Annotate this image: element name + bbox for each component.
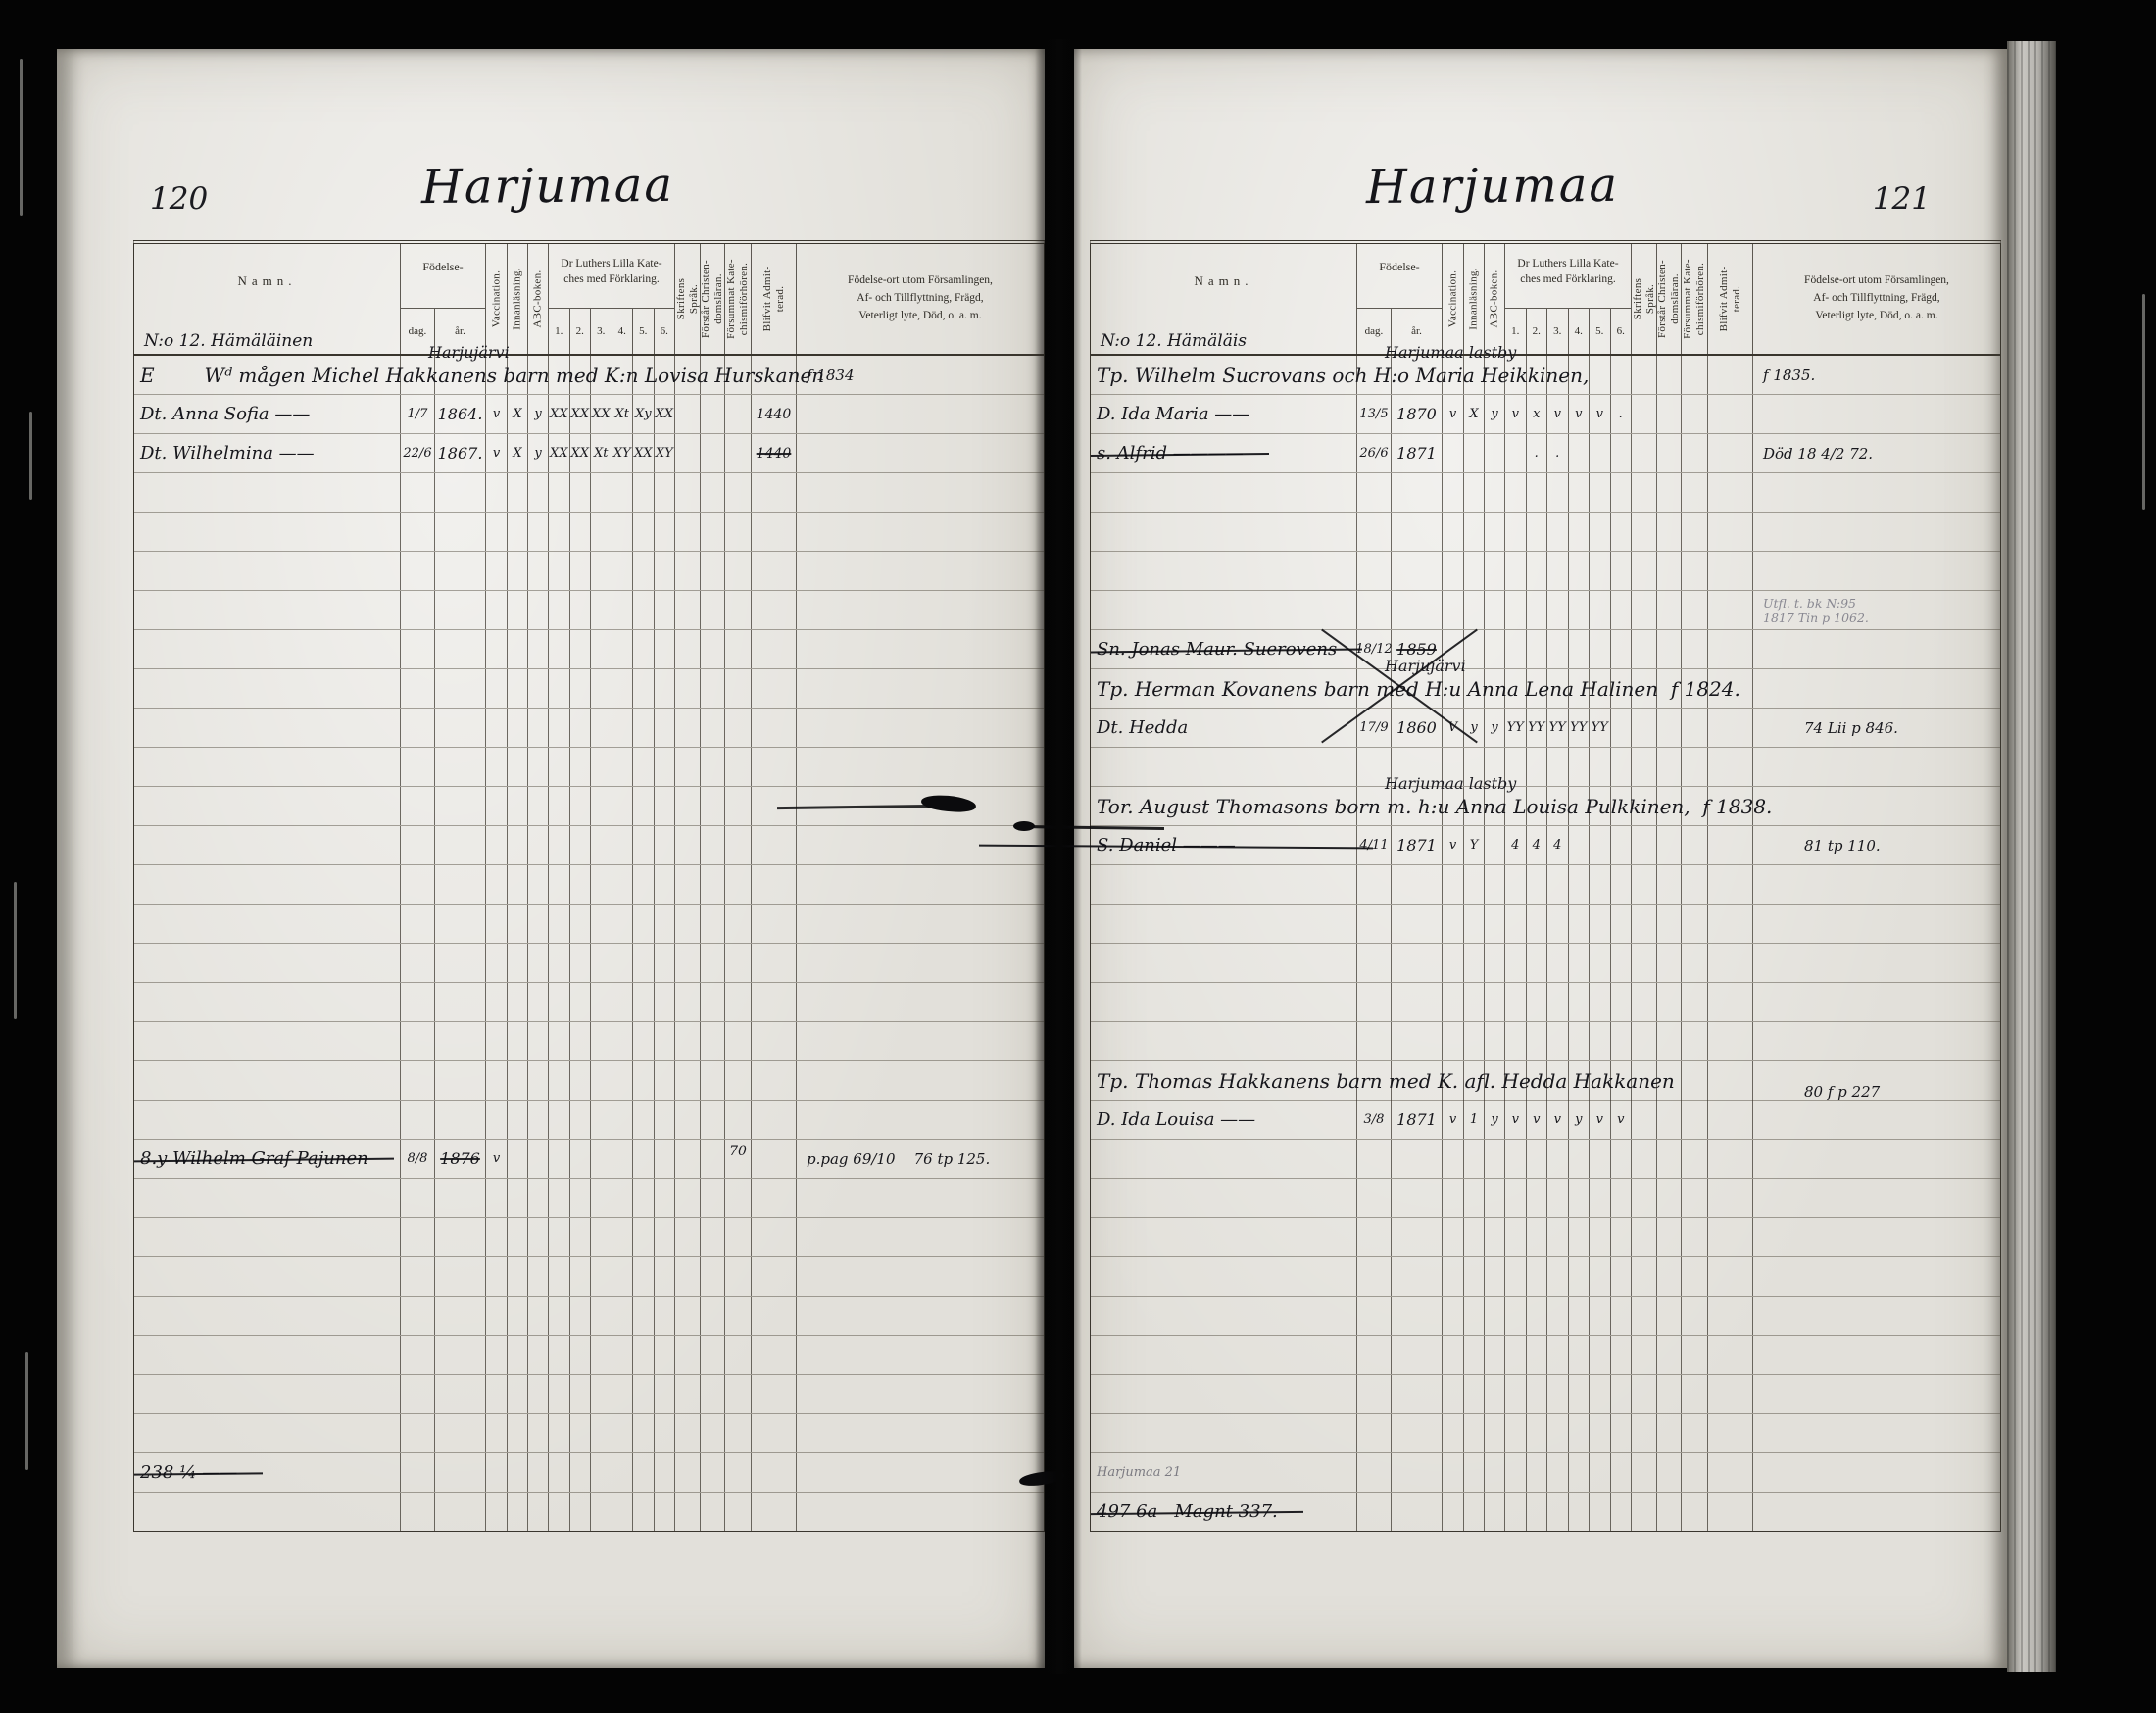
remarks-cell (1752, 630, 2000, 668)
catechism-mark-cell (590, 513, 612, 551)
catechism-mark-cell (569, 1022, 591, 1060)
remarks-cell: f 1834 (796, 356, 1044, 394)
catechism-mark-cell (1568, 1218, 1590, 1256)
column-header-blifvit-admitterad: Blifvit Admit- terad. (751, 244, 796, 354)
page-number: 120 (150, 181, 208, 217)
birth-day-cell (1356, 1297, 1391, 1335)
table-row (134, 1297, 1044, 1336)
reading-cell (1463, 944, 1484, 982)
vaccination-cell (485, 709, 507, 747)
missed-exam-cell (1681, 1179, 1707, 1217)
understands-cell (1656, 513, 1681, 551)
table-row (134, 1179, 1044, 1218)
admitted-cell (751, 1179, 796, 1217)
missed-exam-cell (724, 1453, 751, 1492)
remarks-cell (1752, 1414, 2000, 1452)
catechism-mark-cell (569, 1297, 591, 1335)
birth-day-cell (400, 983, 434, 1021)
admitted-cell (751, 944, 796, 982)
catechism-mark-cell (1526, 1493, 1547, 1531)
admitted-cell (1707, 709, 1752, 747)
remarks-cell (796, 1336, 1044, 1374)
catechism-mark-cell (1546, 1022, 1568, 1060)
catechism-mark-cell (632, 1336, 654, 1374)
admitted-cell (751, 709, 796, 747)
remarks-cell (1752, 1453, 2000, 1492)
catechism-mark-cell (654, 1493, 675, 1531)
catechism-mark-cell (1504, 1257, 1526, 1296)
column-header-forsummat-katechismiforhoren: Försummat Kate- chismiförhören. (1681, 244, 1707, 354)
catechism-mark-cell (569, 1336, 591, 1374)
understands-cell (1656, 395, 1681, 433)
remarks-cell (1752, 1493, 2000, 1531)
catechism-mark-cell (1610, 1453, 1632, 1492)
reading-cell (507, 1453, 527, 1492)
catechism-mark-cell (1589, 983, 1610, 1021)
catechism-mark: XX (570, 446, 589, 461)
catechism-mark-cell (1504, 944, 1526, 982)
birth-year-cell (434, 1101, 485, 1139)
name-cell (1091, 1179, 1356, 1217)
catechism-mark-cell (1589, 473, 1610, 512)
abc-cell (1484, 552, 1504, 590)
admitted-cell (751, 1414, 796, 1452)
catechism-mark-cell (654, 669, 675, 708)
table-row (134, 709, 1044, 748)
admitted-cell (751, 552, 796, 590)
entry-name: Tp. Thomas Hakkanens barn med K. afl. He… (1097, 1069, 1675, 1093)
scripture-cell (674, 434, 700, 472)
catechism-mark-cell (1610, 748, 1632, 786)
catechism-mark-cell (1568, 1414, 1590, 1452)
catechism-mark-cell (632, 826, 654, 864)
name-cell (1091, 1140, 1356, 1178)
vaccination-cell (485, 1061, 507, 1100)
table-row: 8.y Wilhelm Graf Pajunen8/81876v70p.pag … (134, 1140, 1044, 1179)
scripture-cell (1631, 1022, 1656, 1060)
catechism-mark-cell (1546, 1414, 1568, 1452)
catechism-mark-cell (590, 1336, 612, 1374)
abc-cell (527, 552, 548, 590)
understands-cell (700, 552, 724, 590)
name-cell (134, 1297, 400, 1335)
village-overtext: Harjumaa lastby (1385, 774, 1516, 793)
scripture-cell (674, 1061, 700, 1100)
scripture-cell (674, 1179, 700, 1217)
birth-day-cell: 8/8 (400, 1140, 434, 1178)
missed-exam-cell (1681, 1061, 1707, 1101)
catechism-mark-cell (632, 748, 654, 786)
remarks-cell (796, 748, 1044, 786)
remarks-cell (796, 905, 1044, 943)
catechism-mark: v (1554, 407, 1561, 421)
name-cell: Tp. Thomas Hakkanens barn med K. afl. He… (1091, 1061, 1356, 1101)
column-header-katekes-4: 4. (612, 309, 633, 354)
catechism-mark-cell (590, 1061, 612, 1100)
understands-cell (700, 826, 724, 864)
catechism-mark-cell: v (1568, 395, 1590, 433)
catechism-mark: XY (656, 446, 673, 461)
scripture-cell (1631, 826, 1656, 864)
column-header-skriftens-sprak: Skriftens Språk. (674, 244, 700, 354)
birth-day-cell: 1/7 (400, 395, 434, 433)
admitted-cell (751, 1140, 796, 1178)
reading-cell (507, 591, 527, 629)
birth-day-cell (400, 1375, 434, 1413)
table-body: E Wᵈ mågen Michel Hakkanens barn med K:n… (134, 356, 1044, 1531)
catechism-mark-cell: XY (654, 434, 675, 472)
birth-year-cell (434, 1414, 485, 1452)
scripture-cell (1631, 1297, 1656, 1335)
understands-cell (700, 1336, 724, 1374)
catechism-mark-cell (1568, 983, 1590, 1021)
birth-year-cell (1391, 552, 1442, 590)
remarks-cell (1752, 1257, 2000, 1296)
ledger-table: Namn. N:o 12. Hämäläis Födelse- dag. år.… (1090, 240, 2001, 1532)
vaccination-cell (485, 1336, 507, 1374)
scripture-cell (674, 865, 700, 904)
catechism-mark-cell (590, 748, 612, 786)
admitted-cell (751, 473, 796, 512)
remarks-cell (796, 552, 1044, 590)
ledger-table: Namn. N:o 12. Hämäläinen Födelse- dag. å… (133, 240, 1045, 1532)
missed-exam-cell (724, 787, 751, 825)
vaccination-cell (485, 865, 507, 904)
catechism-mark-cell (1568, 1140, 1590, 1178)
vaccination-cell (485, 1179, 507, 1217)
catechism-mark-cell (1589, 1375, 1610, 1413)
reading-cell (1463, 1179, 1484, 1217)
catechism-mark-cell (1589, 748, 1610, 786)
catechism-mark-cell (1504, 1022, 1526, 1060)
birth-year-cell (434, 1336, 485, 1374)
page-title: Harjumaa (421, 158, 674, 215)
catechism-mark-cell (569, 944, 591, 982)
catechism-mark-cell: YY (1546, 709, 1568, 747)
abc-cell (527, 983, 548, 1021)
catechism-mark-cell: Xt (612, 395, 633, 433)
abc-cell (527, 513, 548, 551)
missed-exam-cell (1681, 983, 1707, 1021)
reading-cell (1463, 434, 1484, 472)
name-cell (134, 1257, 400, 1296)
catechism-mark-cell (590, 1022, 612, 1060)
abc-cell (527, 1179, 548, 1217)
name-cell (134, 905, 400, 943)
abc-cell: y (1484, 709, 1504, 747)
entry-name: Tp. Wilhelm Sucrovans och H:o Maria Heik… (1097, 364, 1589, 387)
vaccination-cell (1442, 1257, 1463, 1296)
page-edge-streak (25, 1352, 28, 1470)
catechism-mark-cell (1504, 552, 1526, 590)
catechism-mark-cell (632, 1375, 654, 1413)
abc-cell (527, 1453, 548, 1492)
catechism-mark-cell: . (1610, 395, 1632, 433)
admitted-cell (751, 1493, 796, 1531)
scripture-cell (674, 513, 700, 551)
birth-day-cell (1356, 1336, 1391, 1374)
birth-day: 22/6 (403, 447, 431, 460)
catechism-mark-cell (1610, 434, 1632, 472)
vaccination-cell (485, 591, 507, 629)
catechism-mark-cell (612, 669, 633, 708)
understands-cell (700, 748, 724, 786)
catechism-mark-cell (1546, 1375, 1568, 1413)
catechism-mark-cell (1610, 1218, 1632, 1256)
remarks-cell (796, 787, 1044, 825)
catechism-mark-cell: XX (569, 434, 591, 472)
name-cell (1091, 748, 1356, 786)
vaccination-cell (485, 826, 507, 864)
missed-exam-cell (1681, 434, 1707, 472)
catechism-mark-cell (1526, 1179, 1547, 1217)
catechism-mark-cell (1568, 1493, 1590, 1531)
catechism-mark-cell (612, 630, 633, 668)
catechism-mark: y (1575, 1112, 1582, 1127)
catechism-mark-cell: v (1546, 395, 1568, 433)
birth-day: 3/8 (1364, 1113, 1385, 1126)
admitted-cell (751, 1297, 796, 1335)
remarks-note: Död 18 4/2 72. (1763, 445, 1873, 463)
abc-cell (527, 591, 548, 629)
catechism-mark-cell: Xy (632, 395, 654, 433)
birth-year-cell (1391, 1179, 1442, 1217)
catechism-mark-cell (1526, 1414, 1547, 1452)
page-edge-streak (14, 882, 17, 1019)
vaccination-cell (1442, 1022, 1463, 1060)
understands-cell (1656, 630, 1681, 668)
admitted-cell (751, 826, 796, 864)
catechism-mark-cell (1504, 513, 1526, 551)
birth-year-cell (434, 944, 485, 982)
birth-day-cell: 17/9 (1356, 709, 1391, 747)
catechism-mark: . (1535, 446, 1539, 461)
admitted-cell (1707, 630, 1752, 668)
remarks-cell (796, 395, 1044, 433)
catechism-mark-cell (1589, 865, 1610, 904)
reading-cell (507, 1101, 527, 1139)
vaccination-cell (485, 748, 507, 786)
catechism-mark-cell (590, 865, 612, 904)
catechism-mark-cell (590, 1218, 612, 1256)
admitted-cell (751, 1022, 796, 1060)
scripture-cell (674, 905, 700, 943)
right-page: Harjumaa 121 Namn. N:o 12. Hämäläis Föde… (1074, 49, 2007, 1668)
remarks-cell (796, 669, 1044, 708)
missed-exam-cell (724, 944, 751, 982)
catechism-mark-cell (654, 1375, 675, 1413)
table-row (134, 1061, 1044, 1101)
catechism-mark-cell (632, 1061, 654, 1100)
scripture-cell (1631, 983, 1656, 1021)
name-cell: D. Ida Louisa —— (1091, 1101, 1356, 1139)
reading-cell (507, 1061, 527, 1100)
birth-day-cell (400, 1414, 434, 1452)
name-cell (1091, 1297, 1356, 1335)
catechism-mark-cell (1546, 944, 1568, 982)
catechism-mark-cell (632, 944, 654, 982)
entry-name: D. Ida Louisa —— (1097, 1109, 1255, 1130)
admitted-cell (1707, 1061, 1752, 1101)
missed-exam-cell (1681, 865, 1707, 904)
missed-exam-cell (1681, 356, 1707, 394)
vaccination-cell (485, 1022, 507, 1060)
birth-day-cell (1356, 552, 1391, 590)
missed-exam-cell (1681, 630, 1707, 668)
missed-exam-cell (1681, 826, 1707, 864)
catechism-mark-cell (548, 709, 569, 747)
catechism-mark-cell (612, 1022, 633, 1060)
catechism-mark-cell (612, 1218, 633, 1256)
vaccination-cell: v (1442, 1101, 1463, 1139)
understands-cell (700, 1414, 724, 1452)
catechism-mark-cell (590, 591, 612, 629)
remarks-cell (796, 1101, 1044, 1139)
column-header-katekes-3: 3. (1546, 309, 1568, 354)
understands-cell (1656, 591, 1681, 629)
vaccination-cell (485, 630, 507, 668)
table-row: S. Daniel ———4/111871vY44481 tp 110. (1091, 826, 2000, 865)
birth-year-cell (434, 1061, 485, 1100)
catechism-mark-cell (1589, 591, 1610, 629)
catechism-mark-cell (1568, 1453, 1590, 1492)
scripture-cell (674, 1453, 700, 1492)
understands-cell (700, 787, 724, 825)
catechism-mark-cell (569, 1061, 591, 1100)
catechism-mark-cell (1568, 748, 1590, 786)
remarks-cell (796, 1297, 1044, 1335)
catechism-mark-cell (612, 1101, 633, 1139)
scripture-cell (674, 1297, 700, 1335)
catechism-mark-cell (1610, 1179, 1632, 1217)
abc-cell (1484, 1375, 1504, 1413)
handwritten-text: Utfl. t. bk N:95 (1763, 596, 1869, 611)
table-row: Sn. Jonas Maur. Suerovens18/121859 (1091, 630, 2000, 669)
reading-mark: 1 (1470, 1112, 1478, 1127)
entry-name: Tor. August Thomasons born m. h:u Anna L… (1097, 795, 1772, 818)
remarks-cell: Utfl. t. bk N:951817 Tin p 1062. (1752, 591, 2000, 629)
column-header-remarks: Födelse-ort utom Församlingen, Af- och T… (1752, 244, 2000, 354)
understands-cell (1656, 473, 1681, 512)
remarks-cell: p.pag 69/10 76 tp 125. (796, 1140, 1044, 1178)
catechism-mark-cell (612, 865, 633, 904)
reading-cell: X (1463, 395, 1484, 433)
column-header-innanlasning: Innanläsning. (507, 244, 527, 354)
remarks-cell (796, 513, 1044, 551)
missed-exam-cell (724, 630, 751, 668)
catechism-mark-cell (654, 1218, 675, 1256)
table-row (1091, 1179, 2000, 1218)
abc-cell (527, 1297, 548, 1335)
vaccination-cell (1442, 1493, 1463, 1531)
scripture-cell (1631, 513, 1656, 551)
catechism-mark: x (1533, 407, 1540, 421)
birth-day-cell (1356, 1218, 1391, 1256)
table-row (1091, 944, 2000, 983)
admitted-cell: 1440 (751, 395, 796, 433)
catechism-mark-cell (632, 473, 654, 512)
catechism-mark-cell (612, 552, 633, 590)
birth-year-cell (434, 709, 485, 747)
name-cell (1091, 591, 1356, 629)
catechism-mark-cell (612, 513, 633, 551)
understands-cell (1656, 1257, 1681, 1296)
scripture-cell (674, 787, 700, 825)
name-cell (1091, 473, 1356, 512)
catechism-mark-cell: XY (612, 434, 633, 472)
name-cell (1091, 1336, 1356, 1374)
vaccination-mark: v (1449, 1112, 1456, 1127)
catechism-mark-cell (1526, 944, 1547, 982)
name-cell: 497 6a Magnt 337. (1091, 1493, 1356, 1531)
birth-day-cell (400, 905, 434, 943)
birth-day-cell (400, 944, 434, 982)
catechism-mark: v (1533, 1112, 1540, 1127)
understands-cell (1656, 552, 1681, 590)
birth-day: 8/8 (408, 1152, 428, 1165)
catechism-mark-cell (1526, 1336, 1547, 1374)
reading-cell (1463, 1257, 1484, 1296)
catechism-mark-cell (1546, 552, 1568, 590)
table-row (1091, 1218, 2000, 1257)
reading-mark: X (513, 446, 521, 461)
catechism-mark-cell (569, 552, 591, 590)
remarks-cell (1752, 1375, 2000, 1413)
reading-cell (1463, 1375, 1484, 1413)
catechism-mark-cell (1589, 630, 1610, 668)
column-header-fodelse: Födelse- (400, 244, 485, 309)
missed-exam-cell (724, 669, 751, 708)
scripture-cell (674, 473, 700, 512)
catechism-mark-cell (632, 630, 654, 668)
catechism-mark: XX (655, 407, 673, 421)
catechism-mark-cell (590, 1140, 612, 1178)
catechism-mark-cell (1568, 1297, 1590, 1335)
vaccination-cell: v (485, 395, 507, 433)
birth-year-cell: 1871 (1391, 1101, 1442, 1139)
abc-cell (1484, 1257, 1504, 1296)
table-row (1091, 513, 2000, 552)
table-row (1091, 865, 2000, 905)
catechism-mark-cell (654, 709, 675, 747)
reading-cell: Y (1463, 826, 1484, 864)
scripture-cell (674, 1218, 700, 1256)
catechism-mark-cell (590, 983, 612, 1021)
missed-exam-cell (1681, 944, 1707, 982)
catechism-mark-cell (1568, 865, 1590, 904)
birth-day-cell (1356, 1257, 1391, 1296)
vaccination-cell (1442, 1179, 1463, 1217)
catechism-mark-cell: Xt (590, 434, 612, 472)
vaccination-cell (1442, 552, 1463, 590)
admitted-cell (1707, 748, 1752, 786)
scripture-cell (1631, 1336, 1656, 1374)
page-title: Harjumaa (1366, 158, 1619, 215)
catechism-mark-cell (612, 1061, 633, 1100)
vaccination-cell (1442, 591, 1463, 629)
catechism-mark: YY (1549, 720, 1566, 735)
catechism-mark-cell (1504, 473, 1526, 512)
remarks-cell (796, 473, 1044, 512)
table-row (134, 748, 1044, 787)
catechism-mark-cell (1546, 630, 1568, 668)
catechism-mark-cell (654, 1101, 675, 1139)
catechism-mark-cell (1504, 1336, 1526, 1374)
reading-cell: X (507, 434, 527, 472)
reading-cell (507, 473, 527, 512)
catechism-mark-cell (1546, 905, 1568, 943)
vaccination-cell: v (485, 434, 507, 472)
